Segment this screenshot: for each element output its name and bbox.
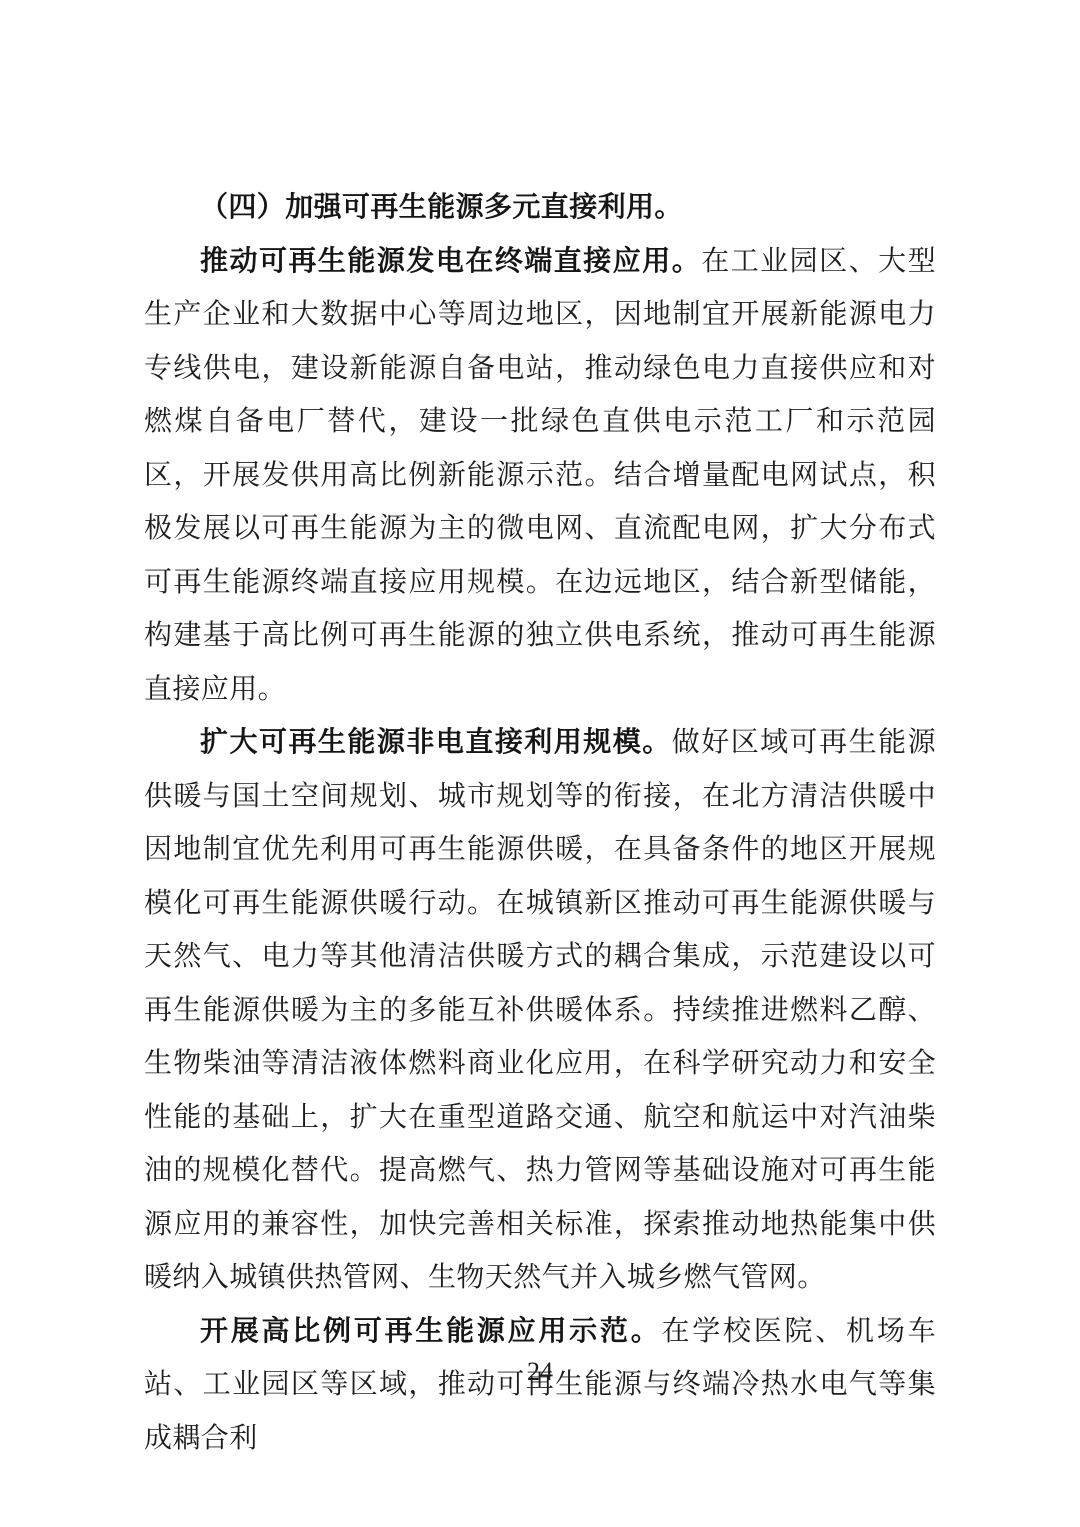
paragraph-non-electric-utilization: 扩大可再生能源非电直接利用规模。做好区域可再生能源供暖与国土空间规划、城市规划等… [144, 716, 936, 1305]
paragraph-body: 做好区域可再生能源供暖与国土空间规划、城市规划等的衔接，在北方清洁供暖中因地制宜… [144, 727, 936, 1293]
document-page: （四）加强可再生能源多元直接利用。 推动可再生能源发电在终端直接应用。在工业园区… [0, 0, 1080, 1527]
paragraph-lead: 推动可再生能源发电在终端直接应用。 [200, 246, 701, 277]
paragraph-terminal-direct-application: 推动可再生能源发电在终端直接应用。在工业园区、大型生产企业和大数据中心等周边地区… [144, 235, 936, 717]
paragraph-lead: 开展高比例可再生能源应用示范。 [200, 1316, 661, 1347]
page-content: （四）加强可再生能源多元直接利用。 推动可再生能源发电在终端直接应用。在工业园区… [144, 181, 936, 1465]
paragraph-body: 在工业园区、大型生产企业和大数据中心等周边地区，因地制宜开展新能源电力专线供电，… [144, 246, 936, 705]
page-footer: 24 [0, 1352, 1080, 1392]
page-number: 24 [527, 1357, 553, 1386]
section-heading: （四）加强可再生能源多元直接利用。 [144, 181, 936, 235]
paragraph-lead: 扩大可再生能源非电直接利用规模。 [200, 727, 672, 758]
